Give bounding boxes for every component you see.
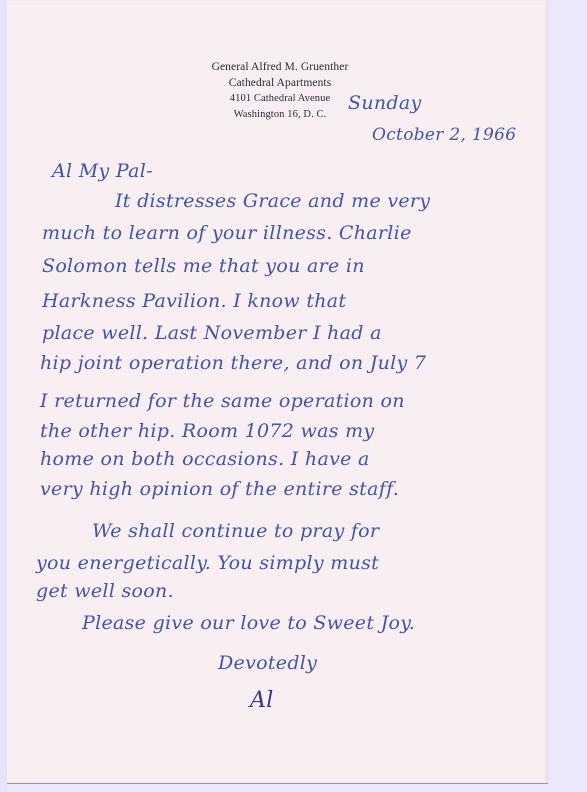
body-line: much to learn of your illness. Charlie (42, 222, 412, 244)
body-line: hip joint operation there, and on July 7 (40, 352, 426, 374)
body-line: you energetically. You simply must (36, 552, 379, 574)
body-line: Please give our love to Sweet Joy. (82, 612, 415, 634)
salutation: Al My Pal- (52, 160, 153, 182)
body-line: Harkness Pavilion. I know that (42, 290, 346, 312)
letterhead-street: 4101 Cathedral Avenue (190, 91, 370, 107)
scan-margin-right (548, 0, 587, 792)
scan-margin-left (0, 0, 7, 792)
signature: Al (250, 690, 274, 712)
body-line: Solomon tells me that you are in (42, 255, 365, 277)
body-line: the other hip. Room 1072 was my (40, 420, 374, 442)
body-line: get well soon. (36, 580, 174, 602)
body-line: It distresses Grace and me very (115, 190, 430, 212)
letterhead-building: Cathedral Apartments (190, 76, 370, 92)
body-line: home on both occasions. I have a (40, 448, 370, 470)
letterhead: General Alfred M. Gruenther Cathedral Ap… (190, 60, 370, 122)
date-day: Sunday (348, 92, 422, 114)
letterhead-name: General Alfred M. Gruenther (190, 60, 370, 76)
body-line: I returned for the same operation on (40, 390, 405, 412)
body-line: We shall continue to pray for (92, 520, 379, 542)
date-full: October 2, 1966 (372, 124, 516, 146)
body-line: place well. Last November I had a (42, 322, 382, 344)
body-line: very high opinion of the entire staff. (40, 478, 399, 500)
closing: Devotedly (218, 652, 317, 674)
letterhead-city: Washington 16, D. C. (190, 107, 370, 123)
